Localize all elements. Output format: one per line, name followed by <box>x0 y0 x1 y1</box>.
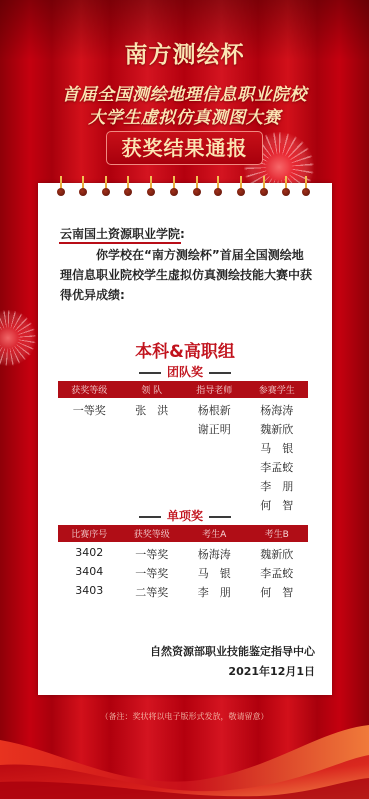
cell: 二等奖 <box>121 584 184 600</box>
cell: 李孟蛟 <box>246 459 309 475</box>
binder-ring <box>237 176 245 197</box>
cell <box>183 459 246 475</box>
cell <box>121 459 184 475</box>
cell <box>121 478 184 494</box>
poster-title: 南方测绘杯 <box>0 36 369 69</box>
cell: 魏新欣 <box>246 421 309 437</box>
cell <box>58 459 121 475</box>
cell: 杨根新 <box>183 402 246 418</box>
individual-award-title: 单项奖 <box>38 507 332 524</box>
binder-ring <box>57 176 65 197</box>
cell: 杨海涛 <box>246 402 309 418</box>
table-row: 3403 二等奖 李 朋 何 智 <box>58 584 308 600</box>
cell: 李 朋 <box>183 584 246 600</box>
cell <box>58 421 121 437</box>
team-award-title-text: 团队奖 <box>167 365 203 379</box>
column-header: 参赛学生 <box>246 383 309 396</box>
column-header: 考生A <box>183 527 246 540</box>
binder-ring <box>102 176 110 197</box>
column-header: 考生B <box>246 527 309 540</box>
cell: 何 智 <box>246 584 309 600</box>
cell <box>183 478 246 494</box>
silk-wave-decoration <box>0 720 369 799</box>
table-row: 马 银 <box>58 440 308 456</box>
issuing-organization: 自然资源部职业技能鉴定指导中心 <box>150 643 315 659</box>
poster-subtitle-line1: 首届全国测绘地理信息职业院校 <box>0 80 369 105</box>
column-header: 获奖等级 <box>121 527 184 540</box>
cell: 李孟蛟 <box>246 565 309 581</box>
issue-date: 2021年12月1日 <box>228 663 315 679</box>
cell <box>58 440 121 456</box>
divider <box>139 372 161 374</box>
addressee-underline <box>59 242 181 244</box>
cell: 3402 <box>58 546 121 562</box>
letter-body-text: 你学校在“南方测绘杯”首届全国测绘地理信息职业院校学生虚拟仿真测绘技能大赛中获得… <box>60 248 312 302</box>
notice-card: 云南国土资源职业学院: 你学校在“南方测绘杯”首届全国测绘地理信息职业院校学生虚… <box>38 183 332 695</box>
table-row: 谢正明 魏新欣 <box>58 421 308 437</box>
binder-ring <box>282 176 290 197</box>
column-header: 指导老师 <box>183 383 246 396</box>
binder-ring <box>214 176 222 197</box>
cell: 一等奖 <box>121 546 184 562</box>
binder-ring <box>302 176 310 197</box>
binder-ring <box>170 176 178 197</box>
cell: 马 银 <box>246 440 309 456</box>
binder-ring <box>147 176 155 197</box>
table-row: 李孟蛟 <box>58 459 308 475</box>
column-header: 获奖等级 <box>58 383 121 396</box>
cell <box>121 440 184 456</box>
binder-ring <box>193 176 201 197</box>
cell: 谢正明 <box>183 421 246 437</box>
table-row: 3402 一等奖 杨海涛 魏新欣 <box>58 546 308 562</box>
column-header: 领 队 <box>121 383 184 396</box>
team-award-table-header: 获奖等级 领 队 指导老师 参赛学生 <box>58 381 308 398</box>
cell <box>58 478 121 494</box>
poster-subtitle-line2: 大学生虚拟仿真测图大赛 <box>0 103 369 128</box>
cell: 3403 <box>58 584 121 600</box>
individual-award-table-header: 比赛序号 获奖等级 考生A 考生B <box>58 525 308 542</box>
table-row: 一等奖 张 洪 杨根新 杨海涛 <box>58 402 308 418</box>
cell: 马 银 <box>183 565 246 581</box>
divider <box>139 516 161 518</box>
binder-ring <box>124 176 132 197</box>
individual-award-title-text: 单项奖 <box>167 509 203 523</box>
letter-body: 你学校在“南方测绘杯”首届全国测绘地理信息职业院校学生虚拟仿真测绘技能大赛中获得… <box>60 245 312 305</box>
team-award-title: 团队奖 <box>38 363 332 380</box>
cell: 李 朋 <box>246 478 309 494</box>
firework-decoration <box>0 310 36 366</box>
table-row: 3404 一等奖 马 银 李孟蛟 <box>58 565 308 581</box>
cell: 一等奖 <box>58 402 121 418</box>
cell: 张 洪 <box>121 402 184 418</box>
cell <box>121 421 184 437</box>
addressee: 云南国土资源职业学院: <box>60 225 185 242</box>
divider <box>209 516 231 518</box>
group-title: 本科&高职组 <box>38 337 332 362</box>
divider <box>209 372 231 374</box>
cell: 魏新欣 <box>246 546 309 562</box>
column-header: 比赛序号 <box>58 527 121 540</box>
binder-ring <box>79 176 87 197</box>
cell: 杨海涛 <box>183 546 246 562</box>
cell <box>183 440 246 456</box>
cell: 3404 <box>58 565 121 581</box>
cell: 一等奖 <box>121 565 184 581</box>
binder-ring <box>260 176 268 197</box>
result-notice-badge: 获奖结果通报 <box>106 131 263 165</box>
table-row: 李 朋 <box>58 478 308 494</box>
